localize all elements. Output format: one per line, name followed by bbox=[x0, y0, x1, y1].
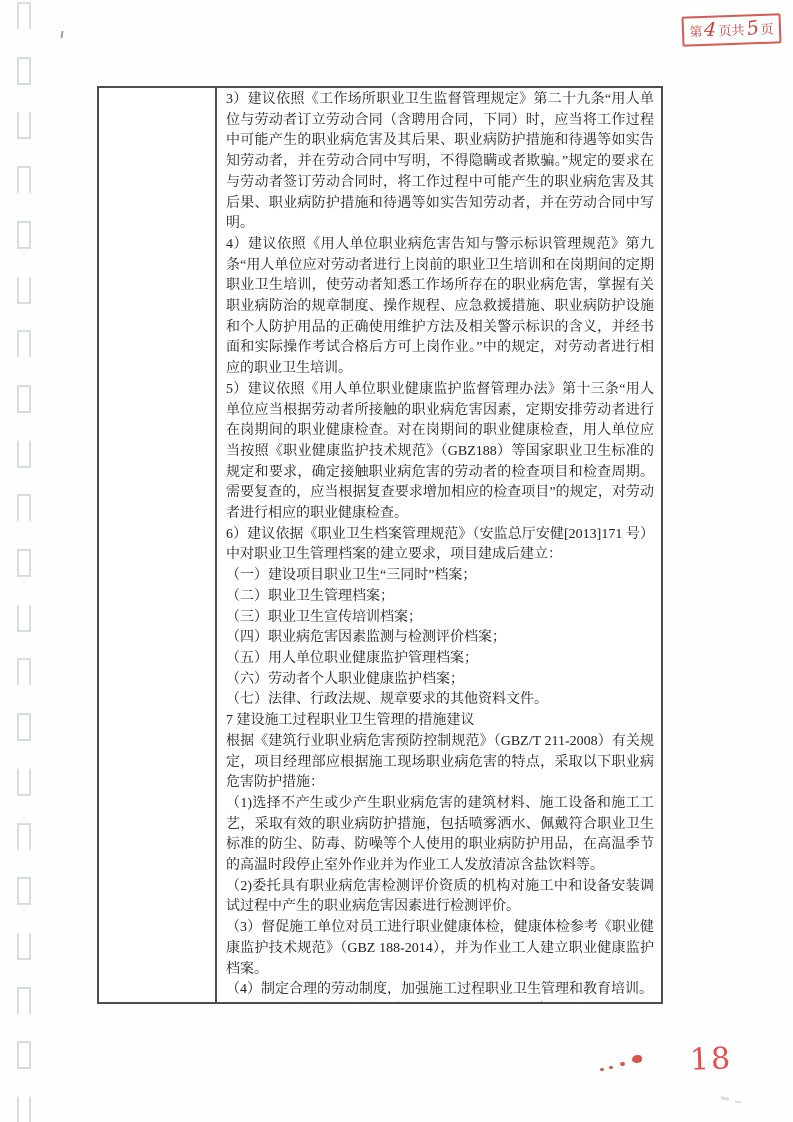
binding-hole-mark bbox=[17, 111, 31, 139]
binding-hole-mark bbox=[17, 276, 31, 304]
paragraph-recommendation-3: 3）建议依照《工作场所职业卫生监督管理规定》第二十九条“用人单位与劳动者订立劳动… bbox=[226, 90, 654, 235]
stamp-page-number-handwritten: 4 bbox=[704, 20, 717, 40]
stamp-suffix: 页 bbox=[760, 22, 773, 35]
scan-speck bbox=[721, 1096, 729, 1101]
stamp-total-number-handwritten: 5 bbox=[745, 18, 760, 39]
binding-hole-mark bbox=[17, 2, 31, 30]
binding-hole-mark bbox=[17, 494, 31, 522]
archive-item-6: （六）劳动者个人职业健康监护档案； bbox=[226, 670, 654, 691]
handstamped-page-number: 18 bbox=[689, 1041, 732, 1077]
binding-hole-mark bbox=[17, 1041, 31, 1069]
red-ink-dot bbox=[609, 1066, 613, 1069]
binding-hole-mark bbox=[17, 440, 31, 468]
binding-hole-mark bbox=[17, 549, 31, 577]
stamp-middle: 页共 bbox=[718, 23, 744, 37]
red-ink-blob bbox=[632, 1055, 642, 1063]
page-count-stamp: 第 4 页共 5 页 bbox=[682, 13, 782, 46]
construction-measure-3: （3）督促施工单位对员工进行职业健康体检，健康体检参考《职业健康监护技术规范》（… bbox=[226, 918, 654, 980]
red-ink-dot bbox=[620, 1062, 625, 1066]
construction-measure-1: （1)选择不产生或少产生职业病危害的建筑材料、施工设备和施工工艺，采取有效的职业… bbox=[226, 794, 654, 877]
table-text-cell: 3）建议依照《工作场所职业卫生监督管理规定》第二十九条“用人单位与劳动者订立劳动… bbox=[217, 88, 661, 1002]
binding-hole-mark bbox=[17, 658, 31, 686]
section-7-intro: 根据《建筑行业职业病危害预防控制规范》（GBZ/T 211-2008）有关规定，… bbox=[226, 732, 654, 794]
binding-hole-mark bbox=[17, 1096, 31, 1122]
red-ink-dot bbox=[600, 1068, 604, 1071]
binding-hole-mark bbox=[17, 713, 31, 741]
paragraph-recommendation-4: 4）建议依照《用人单位职业病危害告知与警示标识管理规范》第九条“用人单位应对劳动… bbox=[226, 235, 654, 380]
binding-hole-mark bbox=[17, 166, 31, 194]
binding-hole-mark bbox=[17, 221, 31, 249]
paragraph-recommendation-6: 6）建议依据《职业卫生档案管理规范》（安监总厅安健[2013]171 号）中对职… bbox=[226, 525, 654, 566]
scanned-document-page: 第 4 页共 5 页 3）建议依照《工作场所职业卫生监督管理规定》第二十九条“用… bbox=[0, 0, 793, 1122]
document-table: 3）建议依照《工作场所职业卫生监督管理规定》第二十九条“用人单位与劳动者订立劳动… bbox=[97, 86, 663, 1004]
binding-hole-mark bbox=[17, 604, 31, 632]
archive-item-3: （三）职业卫生宣传培训档案； bbox=[226, 608, 654, 629]
construction-measure-5: （5）可能产生急性健康损害的施工现场设置检测报警装置、警示标识、紧急撤离通道和泄… bbox=[226, 1001, 654, 1002]
paragraph-recommendation-5: 5）建议依照《用人单位职业健康监护监督管理办法》第十三条“用人单位应当根据劳动者… bbox=[226, 380, 654, 525]
binding-hole-mark bbox=[17, 987, 31, 1015]
table-left-empty-cell bbox=[99, 88, 217, 1002]
binding-hole-mark bbox=[17, 932, 31, 960]
section-7-heading: 7 建设施工过程职业卫生管理的措施建议 bbox=[226, 711, 654, 732]
binding-hole-mark bbox=[17, 877, 31, 905]
archive-item-2: （二）职业卫生管理档案； bbox=[226, 587, 654, 608]
stamp-prefix: 第 bbox=[689, 25, 702, 38]
construction-measure-4: （4）制定合理的劳动制度，加强施工过程职业卫生管理和教育培训。 bbox=[226, 980, 654, 1001]
binding-hole-mark bbox=[17, 768, 31, 796]
archive-item-7: （七）法律、行政法规、规章要求的其他资料文件。 bbox=[226, 690, 654, 711]
scan-artifact-tick bbox=[61, 31, 64, 38]
binding-hole-mark bbox=[17, 330, 31, 358]
scan-speck bbox=[735, 1101, 741, 1104]
archive-item-1: （一）建设项目职业卫生“三同时”档案； bbox=[226, 566, 654, 587]
archive-item-5: （五）用人单位职业健康监护管理档案； bbox=[226, 649, 654, 670]
construction-measure-2: （2)委托具有职业病危害检测评价资质的机构对施工中和设备安装调试过程中产生的职业… bbox=[226, 877, 654, 918]
binding-hole-mark bbox=[17, 823, 31, 851]
binding-hole-mark bbox=[17, 385, 31, 413]
binding-hole-mark bbox=[17, 57, 31, 85]
archive-item-4: （四）职业病危害因素监测与检测评价档案； bbox=[226, 628, 654, 649]
